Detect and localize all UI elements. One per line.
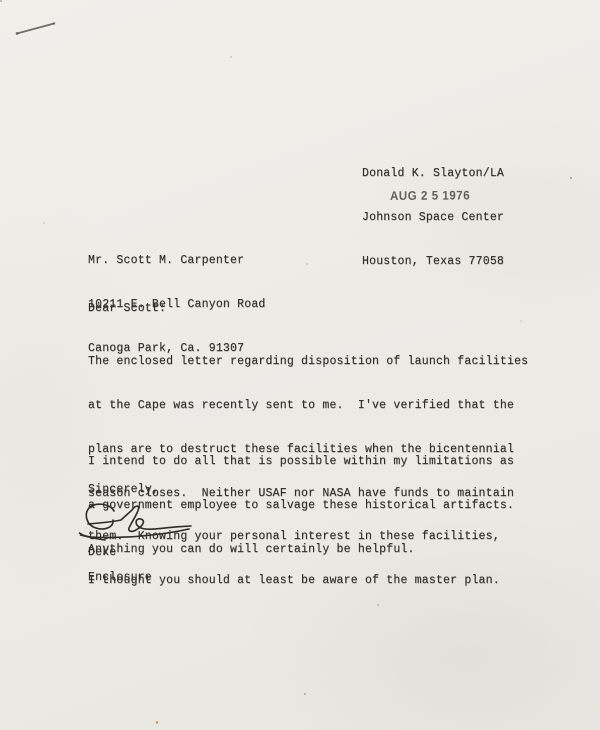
enclosure-note: Enclosure xyxy=(88,571,152,586)
recipient-name: Mr. Scott M. Carpenter xyxy=(88,254,266,269)
salutation: Dear Scott: xyxy=(88,302,166,317)
closing: Sincerely, xyxy=(88,483,159,498)
sender-org: Johnson Space Center xyxy=(362,211,504,226)
body-line: I intend to do all that is possible with… xyxy=(88,455,514,470)
scanned-letter-page: Donald K. Slayton/LA Johnson Space Cente… xyxy=(0,0,600,730)
paper-specks xyxy=(0,0,2,2)
handwritten-signature xyxy=(74,499,202,547)
sender-city: Houston, Texas 77058 xyxy=(362,255,504,270)
sender-name: Donald K. Slayton/LA xyxy=(362,167,504,182)
body-line: The enclosed letter regarding dispositio… xyxy=(88,355,528,370)
pen-stroke-mark xyxy=(12,18,60,40)
orange-speck xyxy=(156,721,158,724)
date-stamp: AUG 2 5 1976 xyxy=(390,188,470,203)
body-line: at the Cape was recently sent to me. I'v… xyxy=(88,399,528,414)
sender-address-block: Donald K. Slayton/LA Johnson Space Cente… xyxy=(362,138,504,299)
signed-name: Deke xyxy=(88,546,116,561)
